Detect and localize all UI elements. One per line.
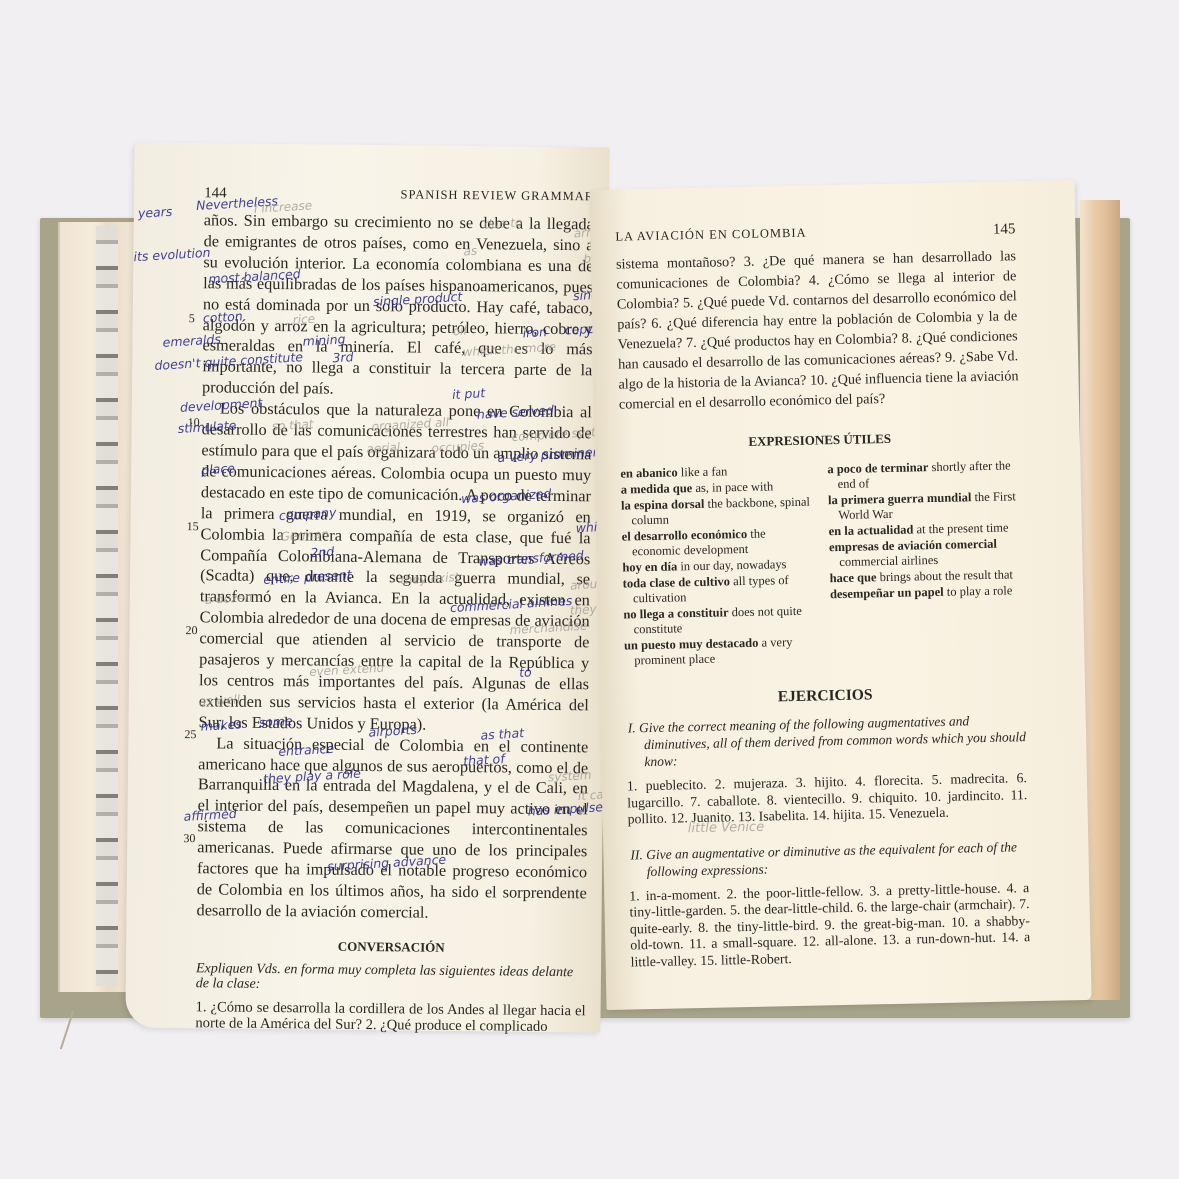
right-running-head: LA AVIACIÓN EN COLOMBIA 145 — [615, 221, 1015, 246]
ink-annotation: mining — [302, 331, 346, 349]
pencil-annotation: so that — [271, 417, 314, 433]
ink-annotation: iron — [522, 324, 547, 340]
expression-term: en la actualidad — [829, 522, 914, 538]
conversation-questions-continued: sistema montañoso? 3. ¿De qué manera se … — [616, 246, 1019, 414]
expression-term: no llega a constituir — [623, 605, 728, 621]
pencil-annotation: aerial — [366, 440, 400, 456]
expression-item: la primera guerra mundial the First Worl… — [828, 489, 1022, 523]
expression-item: la espina dorsal the backbone, spinal co… — [621, 495, 815, 529]
expression-item: toda clase de cultivo all types of culti… — [623, 573, 817, 607]
ink-annotation: affirmed — [183, 806, 237, 824]
ink-annotation: some — [258, 713, 293, 730]
expression-meaning: at the present time — [916, 520, 1008, 536]
line-number: 30 — [183, 831, 195, 846]
pencil-annotation: rice — [292, 312, 315, 327]
ink-annotation: 2nd — [310, 544, 335, 560]
expression-term: toda clase de cultivo — [623, 574, 731, 590]
expression-item: no llega a constituir does not quite con… — [623, 604, 817, 638]
expresiones-right-column: a poco de terminar shortly after the end… — [827, 458, 1024, 665]
pencil-annotation: little Venice — [688, 819, 765, 836]
expression-term: empresas de aviación comercial — [829, 537, 997, 555]
expression-term: hoy en día — [622, 559, 677, 574]
conversation-questions: 1. ¿Cómo se desarrolla la cordillera de … — [195, 999, 585, 1036]
photo-plate-insert — [96, 226, 118, 986]
expression-term: un puesto muy destacado — [624, 636, 759, 653]
expresiones-title: EXPRESIONES ÚTILES — [620, 428, 1020, 452]
running-head-title: LA AVIACIÓN EN COLOMBIA — [615, 226, 807, 247]
expression-meaning: as, in pace with — [695, 479, 773, 495]
expression-meaning: like a fan — [681, 464, 728, 479]
ejercicios-title: EJERCICIOS — [625, 683, 1025, 709]
expresiones-left-column: en abanico like a fan a medida que as, i… — [620, 463, 817, 670]
ink-annotation: years — [138, 204, 173, 221]
ink-annotation: as that — [480, 725, 524, 743]
pencil-annotation: system — [548, 768, 592, 785]
expression-meaning: commercial airlines — [839, 553, 938, 569]
expression-term: en abanico — [620, 465, 678, 480]
expression-term: a medida que — [621, 481, 693, 496]
running-head-title: SPANISH REVIEW GRAMMAR — [400, 187, 594, 206]
right-page: LA AVIACIÓN EN COLOMBIA 145 sistema mont… — [589, 180, 1091, 1010]
expression-term: el desarrollo económico — [622, 527, 748, 544]
ink-annotation: it put — [452, 385, 486, 402]
pencil-annotation: German — [280, 527, 329, 544]
expression-meaning: brings about the result that — [879, 567, 1013, 584]
line-number: 5 — [189, 311, 195, 326]
ink-annotation: airports — [368, 722, 417, 740]
expression-term: la espina dorsal — [621, 497, 705, 513]
right-page-text: LA AVIACIÓN EN COLOMBIA 145 sistema mont… — [615, 221, 1031, 980]
pencil-annotation: as — [463, 244, 477, 259]
expression-item: el desarrollo económico the economic dev… — [622, 526, 816, 560]
expression-term: la primera guerra mundial — [828, 490, 972, 507]
left-page-text: 144 SPANISH REVIEW GRAMMAR años. Sin emb… — [195, 185, 594, 1036]
pencil-annotation: due to — [483, 215, 522, 231]
expression-item: desempeñar un papel to play a role — [830, 583, 1023, 602]
left-page: 144 SPANISH REVIEW GRAMMAR años. Sin emb… — [125, 143, 609, 1033]
ink-annotation: place — [201, 460, 235, 477]
conversation-title: CONVERSACIÓN — [196, 937, 586, 957]
ink-annotation: makes — [200, 716, 242, 733]
expression-meaning: in our day, nowadays — [680, 557, 786, 573]
expresiones-list: en abanico like a fan a medida que as, i… — [620, 458, 1024, 669]
conversation-instructions: Expliquen Vds. en forma muy completa las… — [196, 961, 586, 995]
expression-term: desempeñar un papel — [830, 585, 944, 601]
ink-annotation: its evolution — [133, 245, 211, 265]
line-number: 25 — [184, 727, 196, 742]
expression-item: un puesto muy destacado a very prominent… — [624, 635, 818, 669]
line-number: 15 — [187, 519, 199, 534]
ink-annotation: that of — [463, 751, 505, 768]
expression-term: hace que — [829, 570, 876, 585]
expression-meaning: to play a role — [947, 583, 1013, 598]
pencil-annotation: a dozen — [205, 590, 253, 607]
exercise-1-instructions: I. Give the correct meaning of the follo… — [626, 711, 1027, 770]
line-number: 20 — [185, 623, 197, 638]
expression-item: empresas de aviación comercial commercia… — [829, 536, 1023, 570]
pencil-annotation: oil — [452, 324, 467, 339]
ink-annotation: to — [519, 664, 532, 680]
exercise-1-items: 1. pueblecito. 2. mujeraza. 3. hijito. 4… — [627, 770, 1028, 828]
pencil-annotation: as well — [198, 692, 240, 708]
expression-item: a poco de terminar shortly after the end… — [827, 458, 1021, 492]
ink-annotation: 3rd — [332, 349, 354, 365]
exercise-2-items: 1. in-a-moment. 2. the poor-little-fello… — [629, 880, 1031, 971]
paragraph: La situación especial de Colombia en el … — [196, 733, 588, 925]
expression-term: a poco de terminar — [827, 460, 928, 476]
ink-annotation: cotton — [202, 308, 243, 325]
page-number: 145 — [993, 221, 1016, 238]
